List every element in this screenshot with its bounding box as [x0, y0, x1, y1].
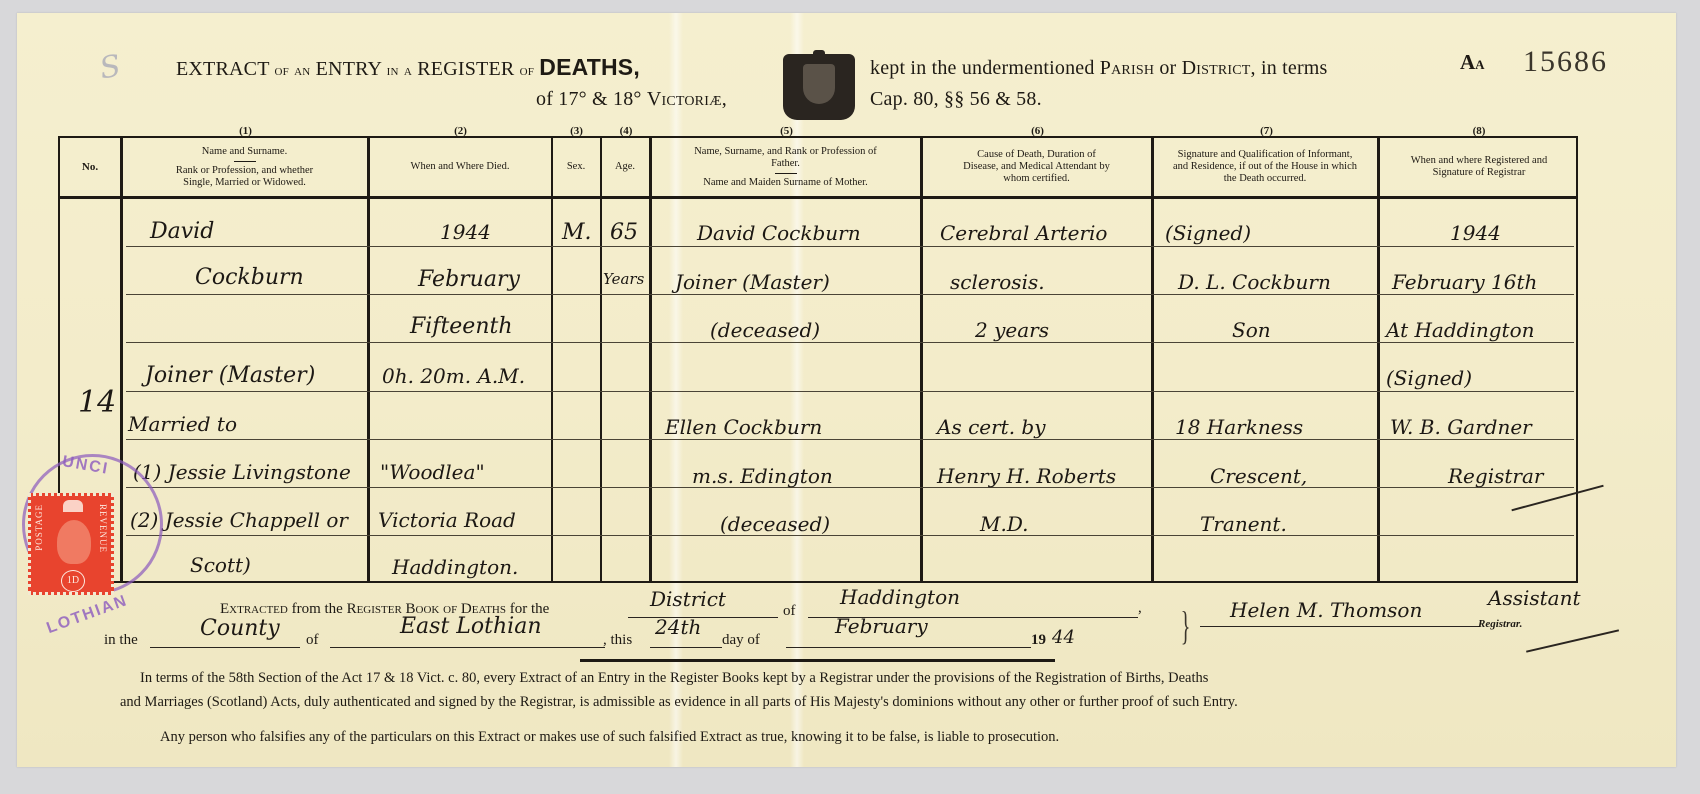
mother-status: (deceased)	[720, 512, 830, 536]
column-header-name: Name and Surname. Rank or Profession, an…	[122, 140, 367, 194]
registration-date: February 16th	[1392, 270, 1537, 294]
column-header-registered: When and where Registered and Signature …	[1380, 140, 1578, 194]
column-header-when-where: When and Where Died.	[369, 140, 551, 194]
registrar-name: W. B. Gardner	[1390, 415, 1532, 439]
legal-text-line-1: In terms of the 58th Section of the Act …	[140, 670, 1208, 687]
registration-place: At Haddington	[1386, 318, 1535, 342]
column-divider	[1377, 136, 1380, 583]
informant-relation: Son	[1232, 318, 1271, 342]
document-title-line1-right: kept in the undermentioned Parish or Dis…	[870, 57, 1328, 80]
medical-attendant: Henry H. Roberts	[937, 464, 1116, 488]
fill-line	[150, 647, 300, 648]
sex-value: M.	[562, 220, 592, 245]
informant-address-1: 18 Harkness	[1175, 415, 1303, 439]
day-value: 24th	[655, 615, 701, 639]
this-label: , this	[603, 632, 632, 649]
document-title-line2-right: Cap. 80, §§ 56 & 58.	[870, 88, 1042, 111]
registrar-title: Registrar	[1448, 464, 1543, 488]
crown-icon	[63, 500, 83, 512]
death-place-house: "Woodlea"	[380, 460, 485, 484]
comma: ,	[1138, 600, 1142, 617]
deaths-heading: DEATHS,	[539, 54, 640, 80]
year-prefix: 19	[1031, 632, 1046, 649]
of-label-2: of	[306, 632, 319, 649]
assistant-registrar-signature: Helen M. Thomson	[1230, 598, 1422, 622]
legal-text-line-2: and Marriages (Scotland) Acts, duly auth…	[120, 694, 1238, 711]
death-day: Fifteenth	[410, 314, 513, 339]
death-place-town: Haddington.	[392, 555, 518, 579]
signature-line	[1200, 626, 1480, 627]
king-portrait-icon	[57, 520, 91, 564]
fill-line	[786, 647, 1031, 648]
informant-address-3: Tranent.	[1200, 512, 1287, 536]
column-divider	[649, 136, 652, 583]
column-divider	[920, 136, 923, 583]
father-occupation: Joiner (Master)	[675, 270, 830, 294]
age-unit: Years	[603, 270, 644, 288]
informant-signed: (Signed)	[1165, 221, 1251, 245]
district-value: District	[650, 587, 726, 611]
entry-number: 14	[78, 385, 116, 420]
death-month: February	[418, 267, 520, 292]
brace: }	[1181, 602, 1191, 649]
registrar-qualifier: Assistant	[1488, 586, 1581, 610]
disease-duration: 2 years	[975, 318, 1049, 342]
mother-name: Ellen Cockburn	[665, 415, 822, 439]
death-year: 1944	[440, 220, 491, 244]
month-value: February	[835, 614, 928, 638]
spouse-2-cont: Scott)	[190, 553, 251, 577]
legal-text-warning: Any person who falsifies any of the part…	[160, 729, 1059, 746]
cause-of-death-cont: sclerosis.	[950, 270, 1045, 294]
column-divider	[1151, 136, 1154, 583]
certified-by-label: As cert. by	[937, 415, 1046, 439]
royal-coat-of-arms-icon	[783, 54, 855, 120]
informant-name: D. L. Cockburn	[1178, 270, 1331, 294]
age-value: 65	[610, 220, 638, 245]
name-line: Cockburn	[195, 265, 304, 290]
column-divider	[367, 136, 370, 583]
in-the-label: in the	[104, 632, 138, 649]
county-value: County	[200, 616, 280, 641]
header-row-divider	[58, 196, 1578, 199]
serial-number: 15686	[1523, 45, 1608, 79]
father-name: David Cockburn	[697, 221, 861, 245]
column-divider	[551, 136, 553, 583]
place-value: Haddington	[840, 585, 960, 609]
stamp-value: 1D	[61, 570, 85, 592]
column-header-parents: Name, Surname, and Rank or Profession of…	[651, 140, 920, 194]
registrar-label: Registrar.	[1478, 618, 1522, 630]
of-label: of	[783, 603, 796, 620]
document-title-line2-left: of 17° & 18° Victoriæ,	[536, 88, 727, 111]
day-of-label: day of	[722, 632, 760, 649]
father-status: (deceased)	[710, 318, 820, 342]
fill-line	[650, 647, 722, 648]
column-header-no: No.	[58, 140, 122, 194]
serial-prefix: AA	[1460, 50, 1485, 75]
spouse-1: (1) Jessie Livingstone	[133, 460, 351, 484]
footer-divider	[580, 659, 1055, 662]
postage-stamp: POSTAGE REVENUE 1D	[28, 493, 114, 595]
registrar-signed: (Signed)	[1386, 366, 1472, 390]
column-divider	[600, 136, 602, 583]
document-title-line1: EXTRACT of an ENTRY in a REGISTER of DEA…	[176, 54, 640, 81]
informant-address-2: Crescent,	[1210, 464, 1307, 488]
medical-qualification: M.D.	[980, 512, 1029, 536]
death-time: 0h. 20m. A.M.	[382, 364, 525, 388]
column-header-informant: Signature and Qualification of Informant…	[1153, 140, 1377, 194]
fill-line	[330, 647, 605, 648]
cause-of-death: Cerebral Arterio	[940, 221, 1107, 245]
column-header-cause: Cause of Death, Duration of Disease, and…	[922, 140, 1151, 194]
mother-maiden-name: m.s. Edington	[692, 464, 833, 488]
column-header-sex: Sex.	[552, 140, 600, 194]
year-value: 44	[1052, 627, 1075, 648]
fill-line	[628, 617, 778, 618]
name-line: David	[150, 219, 214, 244]
column-header-age: Age.	[601, 140, 649, 194]
death-place-street: Victoria Road	[378, 508, 516, 532]
occupation: Joiner (Master)	[145, 363, 315, 388]
registration-year: 1944	[1450, 221, 1501, 245]
marital-status: Married to	[128, 412, 237, 436]
county-name-value: East Lothian	[400, 614, 542, 639]
